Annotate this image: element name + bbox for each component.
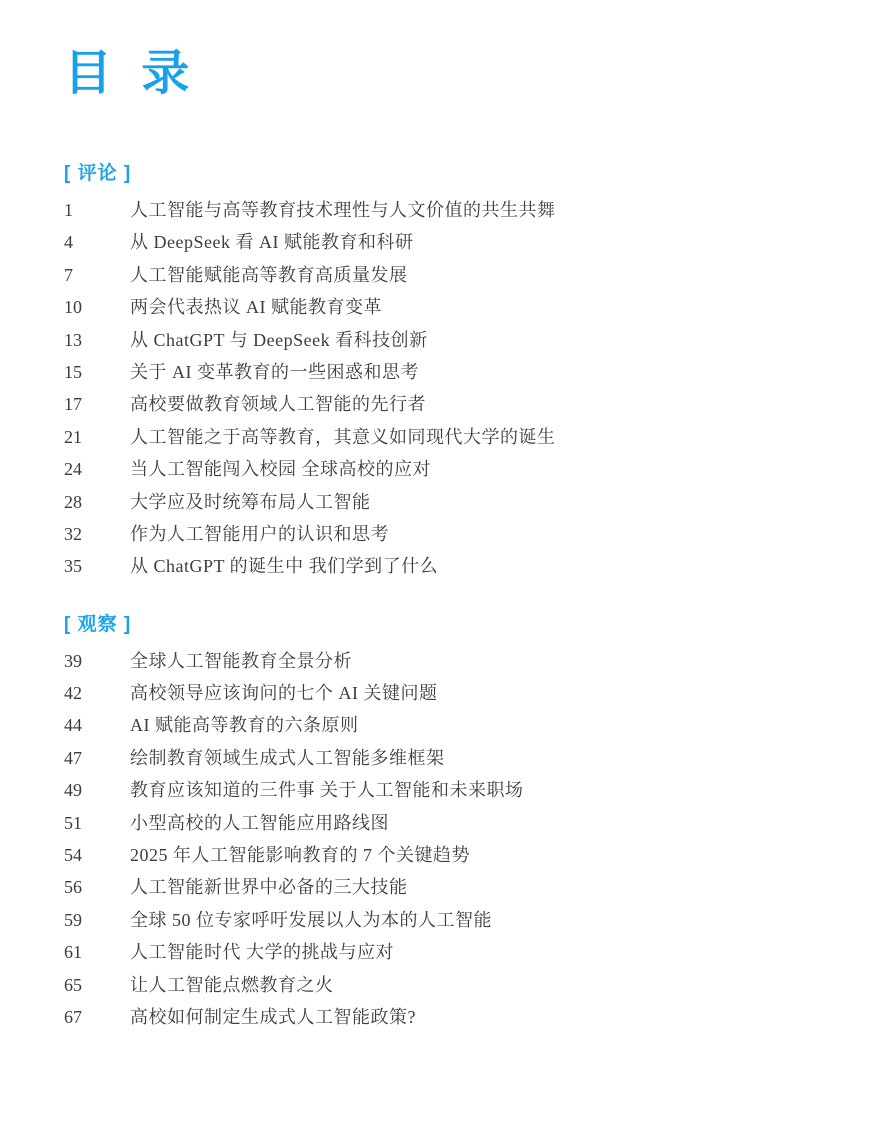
item-title: 人工智能之于高等教育，其意义如同现代大学的诞生 xyxy=(130,421,837,453)
item-page-number: 56 xyxy=(64,871,130,903)
item-title: 关于 AI 变革教育的一些困惑和思考 xyxy=(130,356,837,388)
item-title: 高校要做教育领域人工智能的先行者 xyxy=(130,388,837,420)
item-page-number: 17 xyxy=(64,388,130,420)
item-title: 全球 50 位专家呼吁发展以人为本的人工智能 xyxy=(130,904,837,936)
item-title: AI 赋能高等教育的六条原则 xyxy=(130,709,837,741)
toc-sections: [ 评论 ] 1 人工智能与高等教育技术理性与人文价值的共生共舞 4 从 Dee… xyxy=(64,162,837,1057)
toc-entry: 35 从 ChatGPT 的诞生中 我们学到了什么 xyxy=(64,550,837,582)
toc-entry: 24 当人工智能闯入校园 全球高校的应对 xyxy=(64,453,837,485)
item-page-number: 32 xyxy=(64,518,130,550)
section-label: [ 观察 ] xyxy=(64,613,837,637)
toc-entry: 54 2025 年人工智能影响教育的 7 个关键趋势 xyxy=(64,839,837,871)
item-title: 小型高校的人工智能应用路线图 xyxy=(130,807,837,839)
page-title: 目 录 xyxy=(64,48,197,101)
item-page-number: 51 xyxy=(64,807,130,839)
item-title: 当人工智能闯入校园 全球高校的应对 xyxy=(130,453,837,485)
toc-section: [ 评论 ] 1 人工智能与高等教育技术理性与人文价值的共生共舞 4 从 Dee… xyxy=(64,162,837,583)
item-title: 让人工智能点燃教育之火 xyxy=(130,969,837,1001)
item-title: 从 DeepSeek 看 AI 赋能教育和科研 xyxy=(130,226,837,258)
item-page-number: 28 xyxy=(64,486,130,518)
toc-entry: 10 两会代表热议 AI 赋能教育变革 xyxy=(64,291,837,323)
item-page-number: 54 xyxy=(64,839,130,871)
item-page-number: 59 xyxy=(64,904,130,936)
toc-entry: 32 作为人工智能用户的认识和思考 xyxy=(64,518,837,550)
toc-entry: 17 高校要做教育领域人工智能的先行者 xyxy=(64,388,837,420)
section-list: 1 人工智能与高等教育技术理性与人文价值的共生共舞 4 从 DeepSeek 看… xyxy=(64,194,837,583)
item-page-number: 21 xyxy=(64,421,130,453)
item-title: 人工智能新世界中必备的三大技能 xyxy=(130,871,837,903)
toc-entry: 59 全球 50 位专家呼吁发展以人为本的人工智能 xyxy=(64,904,837,936)
item-page-number: 1 xyxy=(64,194,130,226)
item-page-number: 24 xyxy=(64,453,130,485)
toc-entry: 28 大学应及时统筹布局人工智能 xyxy=(64,486,837,518)
item-page-number: 10 xyxy=(64,291,130,323)
item-title: 大学应及时统筹布局人工智能 xyxy=(130,486,837,518)
toc-entry: 21 人工智能之于高等教育，其意义如同现代大学的诞生 xyxy=(64,421,837,453)
toc-entry: 4 从 DeepSeek 看 AI 赋能教育和科研 xyxy=(64,226,837,258)
section-label: [ 评论 ] xyxy=(64,162,837,186)
toc-entry: 56 人工智能新世界中必备的三大技能 xyxy=(64,871,837,903)
toc-entry: 44 AI 赋能高等教育的六条原则 xyxy=(64,709,837,741)
item-title: 绘制教育领域生成式人工智能多维框架 xyxy=(130,742,837,774)
toc-entry: 49 教育应该知道的三件事 关于人工智能和未来职场 xyxy=(64,774,837,806)
item-page-number: 35 xyxy=(64,550,130,582)
item-title: 人工智能与高等教育技术理性与人文价值的共生共舞 xyxy=(130,194,837,226)
item-title: 作为人工智能用户的认识和思考 xyxy=(130,518,837,550)
toc-entry: 47 绘制教育领域生成式人工智能多维框架 xyxy=(64,742,837,774)
item-page-number: 42 xyxy=(64,677,130,709)
toc-entry: 13 从 ChatGPT 与 DeepSeek 看科技创新 xyxy=(64,324,837,356)
item-page-number: 49 xyxy=(64,774,130,806)
toc-entry: 65 让人工智能点燃教育之火 xyxy=(64,969,837,1001)
item-title: 高校领导应该询问的七个 AI 关键问题 xyxy=(130,677,837,709)
item-title: 教育应该知道的三件事 关于人工智能和未来职场 xyxy=(130,774,837,806)
item-page-number: 67 xyxy=(64,1001,130,1033)
toc-entry: 67 高校如何制定生成式人工智能政策? xyxy=(64,1001,837,1033)
item-page-number: 61 xyxy=(64,936,130,968)
toc-entry: 61 人工智能时代 大学的挑战与应对 xyxy=(64,936,837,968)
item-title: 高校如何制定生成式人工智能政策? xyxy=(130,1001,837,1033)
section-list: 39 全球人工智能教育全景分析 42 高校领导应该询问的七个 AI 关键问题 4… xyxy=(64,645,837,1034)
item-page-number: 39 xyxy=(64,645,130,677)
item-page-number: 44 xyxy=(64,709,130,741)
item-page-number: 65 xyxy=(64,969,130,1001)
item-title: 人工智能时代 大学的挑战与应对 xyxy=(130,936,837,968)
toc-section: [ 观察 ] 39 全球人工智能教育全景分析 42 高校领导应该询问的七个 AI… xyxy=(64,613,837,1034)
toc-page: 目 录 [ 评论 ] 1 人工智能与高等教育技术理性与人文价值的共生共舞 4 从… xyxy=(0,0,877,1122)
item-page-number: 47 xyxy=(64,742,130,774)
item-page-number: 7 xyxy=(64,259,130,291)
item-title: 人工智能赋能高等教育高质量发展 xyxy=(130,259,837,291)
toc-entry: 15 关于 AI 变革教育的一些困惑和思考 xyxy=(64,356,837,388)
item-title: 全球人工智能教育全景分析 xyxy=(130,645,837,677)
toc-entry: 1 人工智能与高等教育技术理性与人文价值的共生共舞 xyxy=(64,194,837,226)
item-title: 两会代表热议 AI 赋能教育变革 xyxy=(130,291,837,323)
toc-entry: 42 高校领导应该询问的七个 AI 关键问题 xyxy=(64,677,837,709)
item-title: 从 ChatGPT 与 DeepSeek 看科技创新 xyxy=(130,324,837,356)
toc-entry: 7 人工智能赋能高等教育高质量发展 xyxy=(64,259,837,291)
item-title: 从 ChatGPT 的诞生中 我们学到了什么 xyxy=(130,550,837,582)
item-page-number: 4 xyxy=(64,226,130,258)
toc-entry: 51 小型高校的人工智能应用路线图 xyxy=(64,807,837,839)
item-title: 2025 年人工智能影响教育的 7 个关键趋势 xyxy=(130,839,837,871)
item-page-number: 15 xyxy=(64,356,130,388)
item-page-number: 13 xyxy=(64,324,130,356)
toc-entry: 39 全球人工智能教育全景分析 xyxy=(64,645,837,677)
